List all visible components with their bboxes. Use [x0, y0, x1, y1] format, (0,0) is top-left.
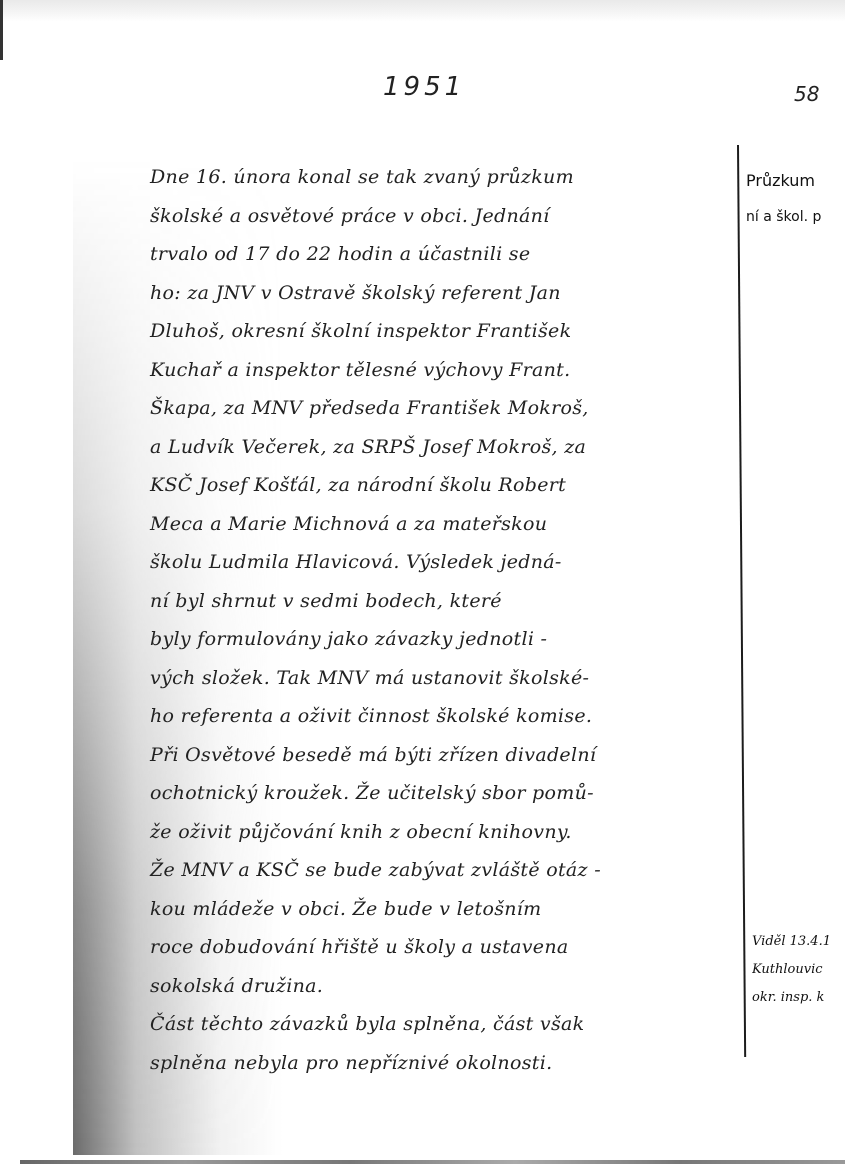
- text-line: že oživit půjčování knih z obecní knihov…: [150, 813, 740, 852]
- text-line: sokolská družina.: [150, 967, 740, 1006]
- text-line: kou mládeže v obci. Že bude v letošním: [150, 890, 740, 929]
- margin-note-line: Průzkum: [746, 163, 845, 199]
- text-line: ochotnický kroužek. Že učitelský sbor po…: [150, 774, 740, 813]
- text-line: Škapa, za MNV předseda František Mokroš,: [150, 389, 740, 428]
- text-line: roce dobudování hřiště u školy a ustaven…: [150, 928, 740, 967]
- margin-note-line: Viděl 13.4.1: [752, 928, 845, 956]
- text-line: KSČ Josef Košťál, za národní školu Rober…: [150, 466, 740, 505]
- page-number: 58: [794, 82, 819, 106]
- page-year: 1951: [383, 72, 465, 102]
- margin-note-top: Průzkum ní a škol. p: [746, 163, 845, 235]
- margin-note-line: Kuthlouvic: [752, 956, 845, 984]
- margin-note-line: okr. insp. k: [752, 984, 845, 1012]
- text-line: a Ludvík Večerek, za SRPŠ Josef Mokroš, …: [150, 428, 740, 467]
- text-line: Při Osvětové besedě má býti zřízen divad…: [150, 736, 740, 775]
- text-line: Část těchto závazků byla splněna, část v…: [150, 1005, 740, 1044]
- text-line: Kuchař a inspektor tělesné výchovy Frant…: [150, 351, 740, 390]
- text-line: ní byl shrnut v sedmi bodech, které: [150, 582, 740, 621]
- margin-note-line: ní a škol. p: [746, 199, 845, 235]
- text-line: vých složek. Tak MNV má ustanovit školsk…: [150, 659, 740, 698]
- text-line: ho: za JNV v Ostravě školský referent Ja…: [150, 274, 740, 313]
- text-line: školské a osvětové práce v obci. Jednání: [150, 197, 740, 236]
- text-line: byly formulovány jako závazky jednotli -: [150, 620, 740, 659]
- scan-top-edge: [0, 0, 845, 22]
- text-line: Dluhoš, okresní školní inspektor Františ…: [150, 312, 740, 351]
- text-line: Že MNV a KSČ se bude zabývat zvláště otá…: [150, 851, 740, 890]
- text-line: školu Ludmila Hlavicová. Výsledek jedná-: [150, 543, 740, 582]
- text-line: splněna nebyla pro nepříznivé okolnosti.: [150, 1044, 740, 1083]
- margin-note-bottom: Viděl 13.4.1 Kuthlouvic okr. insp. k: [752, 928, 845, 1012]
- scan-bottom-edge: [20, 1160, 845, 1164]
- text-line: Dne 16. února konal se tak zvaný průzkum: [150, 158, 740, 197]
- handwritten-body: Dne 16. února konal se tak zvaný průzkum…: [150, 158, 740, 1082]
- scan-left-edge: [0, 0, 3, 60]
- text-line: Meca a Marie Michnová a za mateřskou: [150, 505, 740, 544]
- text-line: trvalo od 17 do 22 hodin a účastnili se: [150, 235, 740, 274]
- text-line: ho referenta a oživit činnost školské ko…: [150, 697, 740, 736]
